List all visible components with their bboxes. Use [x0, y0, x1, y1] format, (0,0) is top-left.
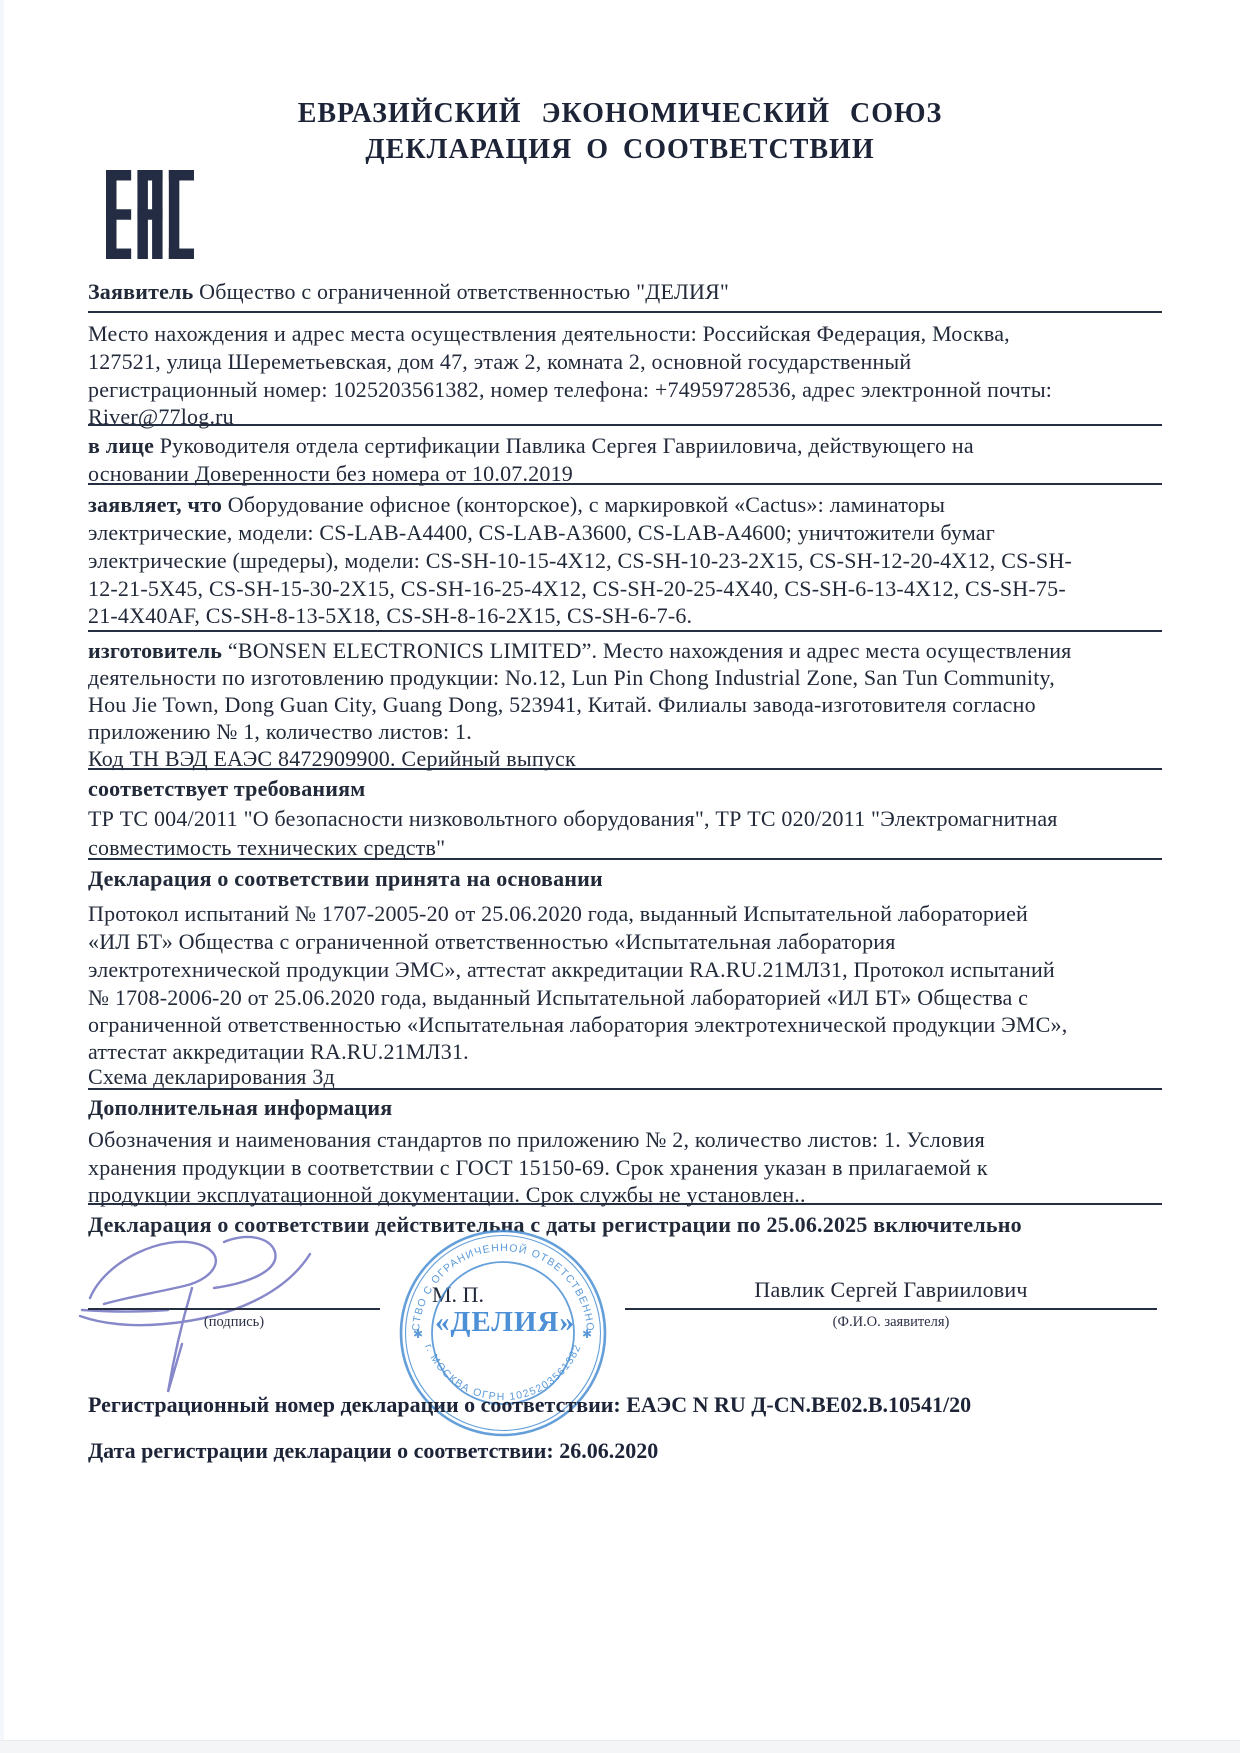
divider	[88, 311, 1162, 313]
basis-line: аттестат аккредитации RA.RU.21МЛ31.	[88, 1039, 1168, 1065]
basis-line: ограниченной ответственностью «Испытател…	[88, 1012, 1168, 1038]
complies-line: ТР ТС 004/2011 "О безопасности низковоль…	[88, 806, 1168, 832]
declares-line: Оборудование офисное (конторское), с мар…	[228, 492, 945, 517]
basis-line: электротехнической продукции ЭМС», аттес…	[88, 957, 1168, 983]
manufacturer-line: приложению № 1, количество листов: 1.	[88, 719, 1168, 745]
divider	[88, 1088, 1162, 1090]
registration-number-line: Регистрационный номер декларации о соотв…	[88, 1392, 1168, 1418]
manufacturer-row: изготовитель “BONSEN ELECTRONICS LIMITED…	[88, 638, 1168, 664]
registration-date-line: Дата регистрации декларации о соответств…	[88, 1438, 1168, 1464]
declares-line: электрические (шредеры), модели: CS-SH-1…	[88, 548, 1168, 574]
signature-line	[88, 1308, 380, 1310]
stamp-company-name: «ДЕЛИЯ»	[398, 1306, 612, 1339]
manufacturer-line: деятельности по изготовлению продукции: …	[88, 665, 1168, 691]
fio-caption: (Ф.И.О. заявителя)	[625, 1314, 1157, 1331]
additional-line: хранения продукции в соответствии с ГОСТ…	[88, 1155, 1168, 1181]
union-title: ЕВРАЗИЙСКИЙ ЭКОНОМИЧЕСКИЙ СОЮЗ	[0, 98, 1240, 130]
declares-row: заявляет, что Оборудование офисное (конт…	[88, 492, 1168, 518]
complies-heading: соответствует требованиям	[88, 776, 1168, 802]
divider	[88, 768, 1162, 770]
person-row: в лице Руководителя отдела сертификации …	[88, 433, 1168, 459]
applicant-label: Заявитель	[88, 279, 193, 304]
basis-line: Протокол испытаний № 1707-2005-20 от 25.…	[88, 901, 1168, 927]
applicant-address-line: Место нахождения и адрес места осуществл…	[88, 321, 1168, 347]
divider	[88, 858, 1162, 860]
additional-heading: Дополнительная информация	[88, 1095, 1168, 1121]
declares-label: заявляет, что	[88, 492, 222, 517]
applicant-address-line: 127521, улица Шереметьевская, дом 47, эт…	[88, 349, 1168, 375]
declaration-title: ДЕКЛАРАЦИЯ О СООТВЕТСТВИИ	[0, 134, 1240, 166]
applicant-address-line: регистрационный номер: 1025203561382, но…	[88, 377, 1168, 403]
divider	[88, 483, 1162, 485]
signature-caption: (подпись)	[88, 1314, 380, 1331]
declares-line: электрические, модели: CS-LAB-A4400, CS-…	[88, 520, 1168, 546]
divider	[88, 1203, 1162, 1205]
declaration-document: ЕВРАЗИЙСКИЙ ЭКОНОМИЧЕСКИЙ СОЮЗ ДЕКЛАРАЦИ…	[0, 0, 1240, 1753]
additional-line: Обозначения и наименования стандартов по…	[88, 1127, 1168, 1153]
declares-line: 12-21-5X45, CS-SH-15-30-2X15, CS-SH-16-2…	[88, 576, 1168, 602]
applicant-email: River@77log.ru	[88, 404, 1168, 430]
scan-edge-left	[0, 0, 4, 1753]
manufacturer-line: “BONSEN ELECTRONICS LIMITED”. Место нахо…	[228, 638, 1072, 663]
applicant-value: Общество с ограниченной ответственностью…	[199, 279, 729, 304]
eac-logo-icon	[106, 170, 194, 259]
declares-line: 21-4X40AF, CS-SH-8-13-5X18, CS-SH-8-16-2…	[88, 603, 1168, 629]
manufacturer-label: изготовитель	[88, 638, 222, 663]
divider	[88, 630, 1162, 632]
declaration-scheme: Схема декларирования 3д	[88, 1064, 1168, 1090]
applicant-row: Заявитель Общество с ограниченной ответс…	[88, 279, 1168, 305]
fio-line	[625, 1308, 1157, 1310]
applicant-fio: Павлик Сергей Гавриилович	[625, 1277, 1157, 1303]
manufacturer-line: Hou Jie Town, Dong Guan City, Guang Dong…	[88, 692, 1168, 718]
basis-heading: Декларация о соответствии принята на осн…	[88, 866, 1168, 892]
scan-edge-bottom	[0, 1740, 1240, 1753]
person-line: Руководителя отдела сертификации Павлика…	[160, 433, 974, 458]
basis-line: № 1708-2006-20 от 25.06.2020 года, выдан…	[88, 985, 1168, 1011]
person-label: в лице	[88, 433, 154, 458]
divider	[88, 424, 1162, 426]
basis-line: «ИЛ БТ» Общества с ограниченной ответств…	[88, 929, 1168, 955]
